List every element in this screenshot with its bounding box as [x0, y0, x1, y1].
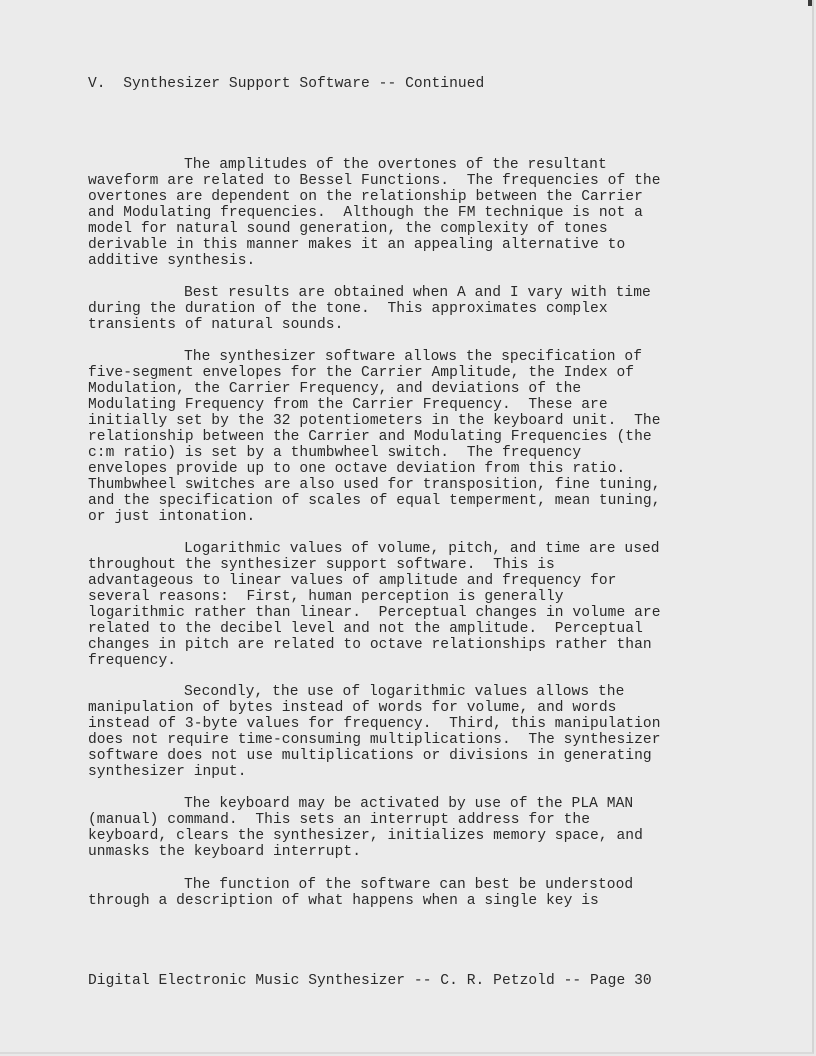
text-line: Modulation, the Carrier Frequency, and d…: [88, 381, 728, 397]
paragraph-envelopes: The synthesizer software allows the spec…: [88, 349, 728, 526]
text-line: instead of 3-byte values for frequency. …: [88, 716, 728, 732]
text-line: c:m ratio) is set by a thumbwheel switch…: [88, 445, 728, 461]
text-line: (manual) command. This sets an interrupt…: [88, 812, 728, 828]
text-line: synthesizer input.: [88, 764, 728, 780]
text-line: waveform are related to Bessel Functions…: [88, 173, 728, 189]
text-line: The synthesizer software allows the spec…: [88, 349, 728, 365]
text-line: during the duration of the tone. This ap…: [88, 301, 728, 317]
text-line: frequency.: [88, 653, 728, 669]
paragraph-keyboard-activation: The keyboard may be activated by use of …: [88, 796, 728, 860]
page-footer: Digital Electronic Music Synthesizer -- …: [88, 973, 652, 989]
text-line: The function of the software can best be…: [88, 877, 728, 893]
text-line: overtones are dependent on the relations…: [88, 189, 728, 205]
text-line: envelopes provide up to one octave devia…: [88, 461, 728, 477]
text-line: changes in pitch are related to octave r…: [88, 637, 728, 653]
text-line: software does not use multiplications or…: [88, 748, 728, 764]
text-line: Modulating Frequency from the Carrier Fr…: [88, 397, 728, 413]
paragraph-best-results: Best results are obtained when A and I v…: [88, 285, 728, 333]
text-line: several reasons: First, human perception…: [88, 589, 728, 605]
section-heading: V. Synthesizer Support Software -- Conti…: [88, 76, 484, 92]
text-line: manipulation of bytes instead of words f…: [88, 700, 728, 716]
text-line: advantageous to linear values of amplitu…: [88, 573, 728, 589]
text-line: derivable in this manner makes it an app…: [88, 237, 728, 253]
text-line: throughout the synthesizer support softw…: [88, 557, 728, 573]
text-line: transients of natural sounds.: [88, 317, 728, 333]
text-line: Best results are obtained when A and I v…: [88, 285, 728, 301]
text-line: relationship between the Carrier and Mod…: [88, 429, 728, 445]
text-line: or just intonation.: [88, 509, 728, 525]
paragraph-secondly: Secondly, the use of logarithmic values …: [88, 684, 728, 780]
paragraph-bessel-functions: The amplitudes of the overtones of the r…: [88, 157, 728, 269]
text-line: unmasks the keyboard interrupt.: [88, 844, 728, 860]
text-line: through a description of what happens wh…: [88, 893, 728, 909]
text-line: Thumbwheel switches are also used for tr…: [88, 477, 728, 493]
text-line: related to the decibel level and not the…: [88, 621, 728, 637]
paragraph-logarithmic-values: Logarithmic values of volume, pitch, and…: [88, 541, 728, 669]
text-line: initially set by the 32 potentiometers i…: [88, 413, 728, 429]
text-line: model for natural sound generation, the …: [88, 221, 728, 237]
text-line: The amplitudes of the overtones of the r…: [88, 157, 728, 173]
text-line: five-segment envelopes for the Carrier A…: [88, 365, 728, 381]
text-line: does not require time-consuming multipli…: [88, 732, 728, 748]
scan-corner-mark: [808, 0, 812, 6]
text-line: Logarithmic values of volume, pitch, and…: [88, 541, 728, 557]
text-line: additive synthesis.: [88, 253, 728, 269]
document-page: V. Synthesizer Support Software -- Conti…: [0, 0, 814, 1054]
text-line: and Modulating frequencies. Although the…: [88, 205, 728, 221]
text-line: logarithmic rather than linear. Perceptu…: [88, 605, 728, 621]
paragraph-software-function: The function of the software can best be…: [88, 877, 728, 909]
text-line: and the specification of scales of equal…: [88, 493, 728, 509]
text-line: keyboard, clears the synthesizer, initia…: [88, 828, 728, 844]
text-line: Secondly, the use of logarithmic values …: [88, 684, 728, 700]
text-line: The keyboard may be activated by use of …: [88, 796, 728, 812]
